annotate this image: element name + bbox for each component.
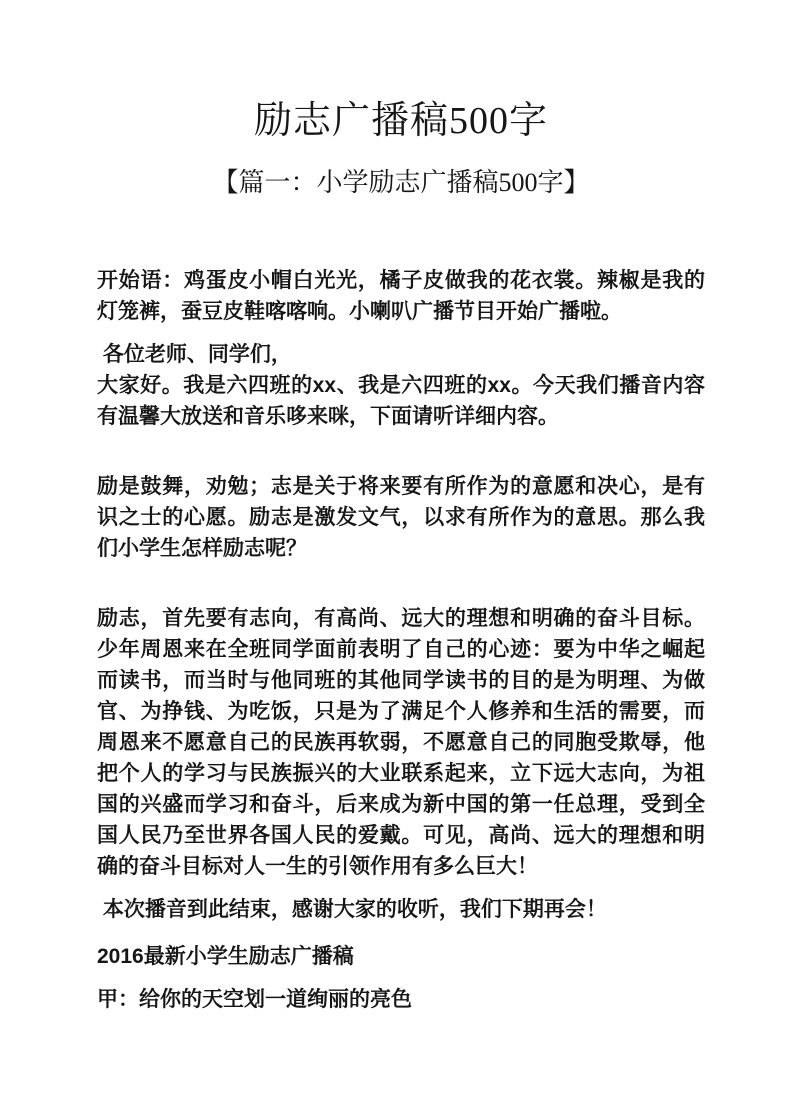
section-heading: 【篇一：小学励志广播稿500字】	[97, 165, 705, 201]
paragraph: 2016最新小学生励志广播稿	[97, 941, 705, 972]
paragraph: 励是鼓舞，劝勉；志是关于将来要有所作为的意愿和决心，是有识之士的心愿。励志是激发…	[97, 471, 705, 564]
paragraph: 本次播音到此结束，感谢大家的收听，我们下期再会！	[97, 894, 705, 925]
document-title: 励志广播稿500字	[97, 97, 705, 145]
paragraph: 开始语：鸡蛋皮小帽白光光，橘子皮做我的花衣裳。辣椒是我的灯笼裤，蚕豆皮鞋喀喀响。…	[97, 265, 705, 327]
paragraph: 各位老师、同学们， 大家好。我是六四班的xx、我是六四班的xx。今天我们播音内容…	[97, 339, 705, 432]
paragraph: 励志，首先要有志向，有高尚、远大的理想和明确的奋斗目标。少年周恩来在全班同学面前…	[97, 603, 705, 882]
paragraph: 甲：给你的天空划一道绚丽的亮色	[97, 984, 705, 1015]
document-body: 开始语：鸡蛋皮小帽白光光，橘子皮做我的花衣裳。辣椒是我的灯笼裤，蚕豆皮鞋喀喀响。…	[97, 265, 705, 1015]
document-page: 励志广播稿500字 【篇一：小学励志广播稿500字】 开始语：鸡蛋皮小帽白光光，…	[0, 0, 792, 1120]
document-content: 励志广播稿500字 【篇一：小学励志广播稿500字】 开始语：鸡蛋皮小帽白光光，…	[0, 0, 792, 1015]
